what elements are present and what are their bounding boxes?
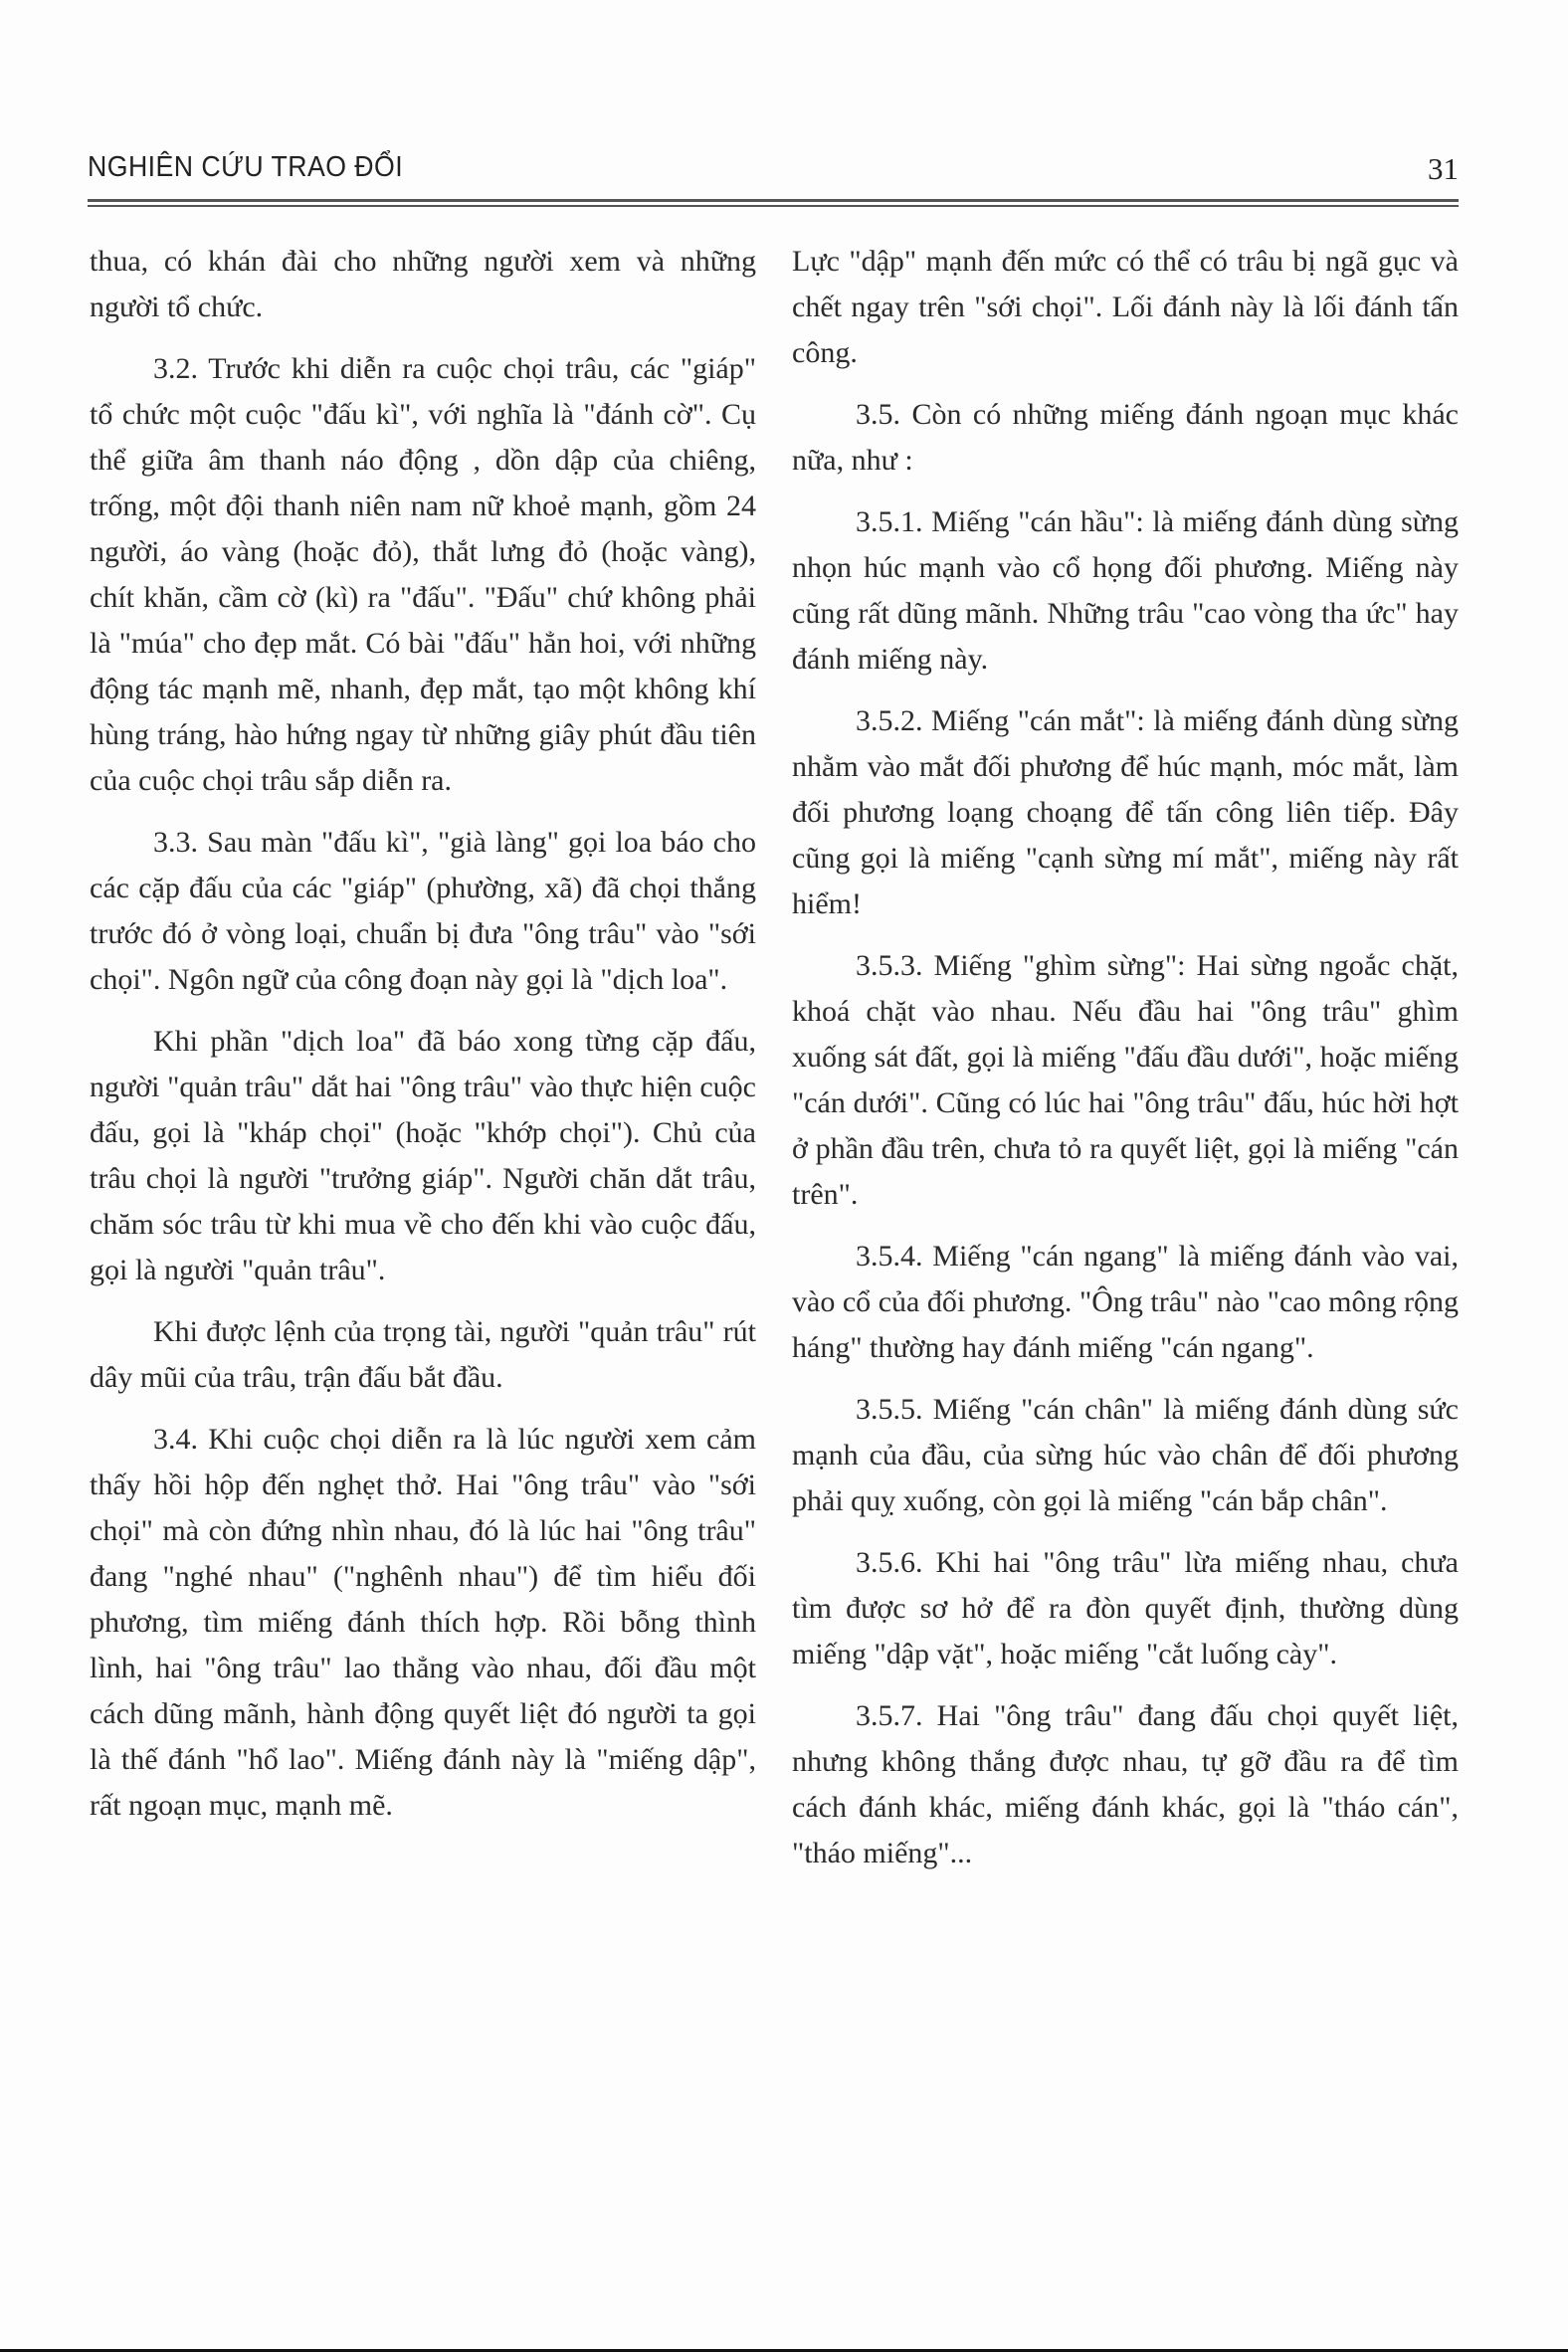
right-column: Lực "dập" mạnh đến mức có thể có trâu bị… (792, 239, 1459, 1892)
paragraph: Khi phần "dịch loa" đã báo xong từng cặp… (90, 1019, 756, 1293)
paragraph-3-5-7: 3.5.7. Hai "ông trâu" đang đấu chọi quyế… (792, 1693, 1459, 1876)
paragraph-3-5-1: 3.5.1. Miếng "cán hầu": là miếng đánh dù… (792, 499, 1459, 683)
page-number: 31 (1428, 151, 1459, 187)
page-header: NGHIÊN CỨU TRAO ĐỔI 31 (88, 151, 1459, 191)
paragraph-3-5-5: 3.5.5. Miếng "cán chân" là miếng đánh dù… (792, 1387, 1459, 1524)
header-rule-bottom (88, 205, 1459, 207)
paragraph-3-3: 3.3. Sau màn "đấu kì", "già làng" gọi lo… (90, 820, 756, 1003)
paragraph-3-5: 3.5. Còn có những miếng đánh ngoạn mục k… (792, 392, 1459, 484)
paragraph-3-5-2: 3.5.2. Miếng "cán mắt": là miếng đánh dù… (792, 698, 1459, 927)
paragraph: Khi được lệnh của trọng tài, người "quản… (90, 1309, 756, 1401)
left-column: thua, có khán đài cho những người xem và… (90, 239, 756, 1845)
paragraph: thua, có khán đài cho những người xem và… (90, 239, 756, 330)
paragraph-3-5-3: 3.5.3. Miếng "ghìm sừng": Hai sừng ngoắc… (792, 943, 1459, 1218)
running-head: NGHIÊN CỨU TRAO ĐỔI (88, 151, 403, 184)
paragraph-3-5-6: 3.5.6. Khi hai "ông trâu" lừa miếng nhau… (792, 1540, 1459, 1677)
paragraph-3-5-4: 3.5.4. Miếng "cán ngang" là miếng đánh v… (792, 1234, 1459, 1371)
paragraph: Lực "dập" mạnh đến mức có thể có trâu bị… (792, 239, 1459, 376)
paragraph-3-4: 3.4. Khi cuộc chọi diễn ra là lúc người … (90, 1417, 756, 1829)
paragraph-3-2: 3.2. Trước khi diễn ra cuộc chọi trâu, c… (90, 346, 756, 804)
header-rule-top (88, 199, 1459, 202)
